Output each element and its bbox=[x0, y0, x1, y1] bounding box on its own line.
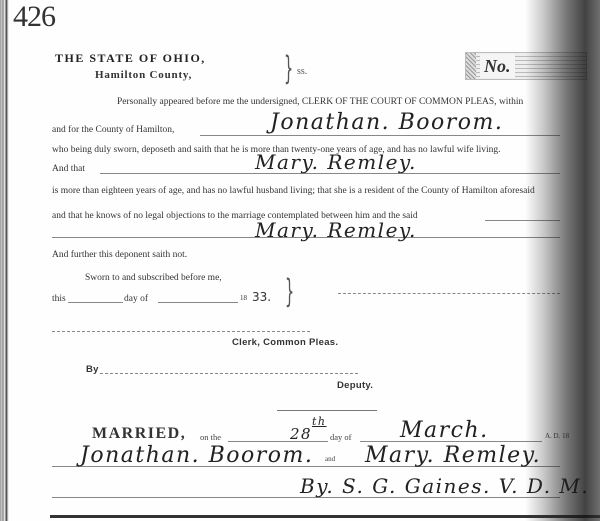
affidavit-line-7: And further this deponent saith not. bbox=[52, 250, 187, 260]
deputy-signature-line bbox=[100, 373, 358, 374]
record-number-box: No. bbox=[465, 52, 587, 80]
month-line bbox=[158, 302, 238, 303]
married-month: March. bbox=[400, 418, 489, 443]
clerk-title: Clerk, Common Pleas. bbox=[232, 337, 338, 348]
bottom-rule bbox=[50, 515, 600, 518]
married-groom: Jonathan. Boorom. bbox=[80, 443, 313, 468]
signature-line bbox=[338, 293, 560, 294]
affidavit-line-2: and for the County of Hamilton, bbox=[52, 125, 174, 135]
groom-name: Jonathan. Boorom. bbox=[270, 110, 503, 135]
day-line bbox=[68, 302, 123, 303]
year-prefix: 18 bbox=[240, 294, 247, 302]
page-number: 426 bbox=[13, 0, 55, 34]
day-of-label: day of bbox=[124, 294, 148, 304]
day-line-married bbox=[228, 441, 328, 442]
sworn-statement: Sworn to and subscribed before me, bbox=[85, 273, 222, 283]
brace-icon: } bbox=[285, 275, 294, 307]
ss-label: ss. bbox=[297, 66, 307, 77]
hatch-ornament-icon bbox=[466, 53, 476, 79]
ornament-divider bbox=[277, 410, 377, 411]
bride-name-2: Mary. Remley. bbox=[255, 218, 417, 242]
brace-icon: } bbox=[284, 52, 293, 84]
on-the-label: on the bbox=[200, 432, 221, 442]
married-label: MARRIED, bbox=[92, 425, 186, 443]
book-binding-edge bbox=[0, 0, 9, 521]
this-label: this bbox=[52, 294, 66, 304]
married-bride: Mary. Remley. bbox=[365, 443, 541, 468]
married-day-suffix: th bbox=[312, 415, 327, 428]
said-line bbox=[485, 220, 560, 221]
affidavit-line-1: Personally appeared before me the unders… bbox=[117, 97, 523, 107]
groom-name-line bbox=[200, 135, 560, 136]
county-heading: Hamilton County, bbox=[95, 69, 192, 81]
year-suffix: 33. bbox=[252, 290, 271, 304]
ad-label: A. D. 18 bbox=[545, 432, 569, 440]
day-of-married-label: day of bbox=[330, 432, 351, 442]
number-label: No. bbox=[480, 54, 515, 78]
marriage-record-page: 426 THE STATE OF OHIO, Hamilton County, … bbox=[0, 0, 600, 521]
state-heading: THE STATE OF OHIO, bbox=[55, 51, 206, 66]
by-label: By bbox=[86, 364, 99, 375]
affidavit-line-4: And that bbox=[52, 164, 85, 174]
clerk-signature-line bbox=[52, 331, 310, 332]
and-label: and bbox=[325, 455, 335, 463]
bride-name-1: Mary. Remley. bbox=[255, 150, 417, 174]
married-day: 28 bbox=[290, 425, 312, 443]
officiant: By. S. G. Gaines. V. D. M. bbox=[300, 474, 589, 498]
affidavit-line-5: is more than eighteen years of age, and … bbox=[52, 186, 535, 196]
deputy-label: Deputy. bbox=[337, 380, 373, 391]
